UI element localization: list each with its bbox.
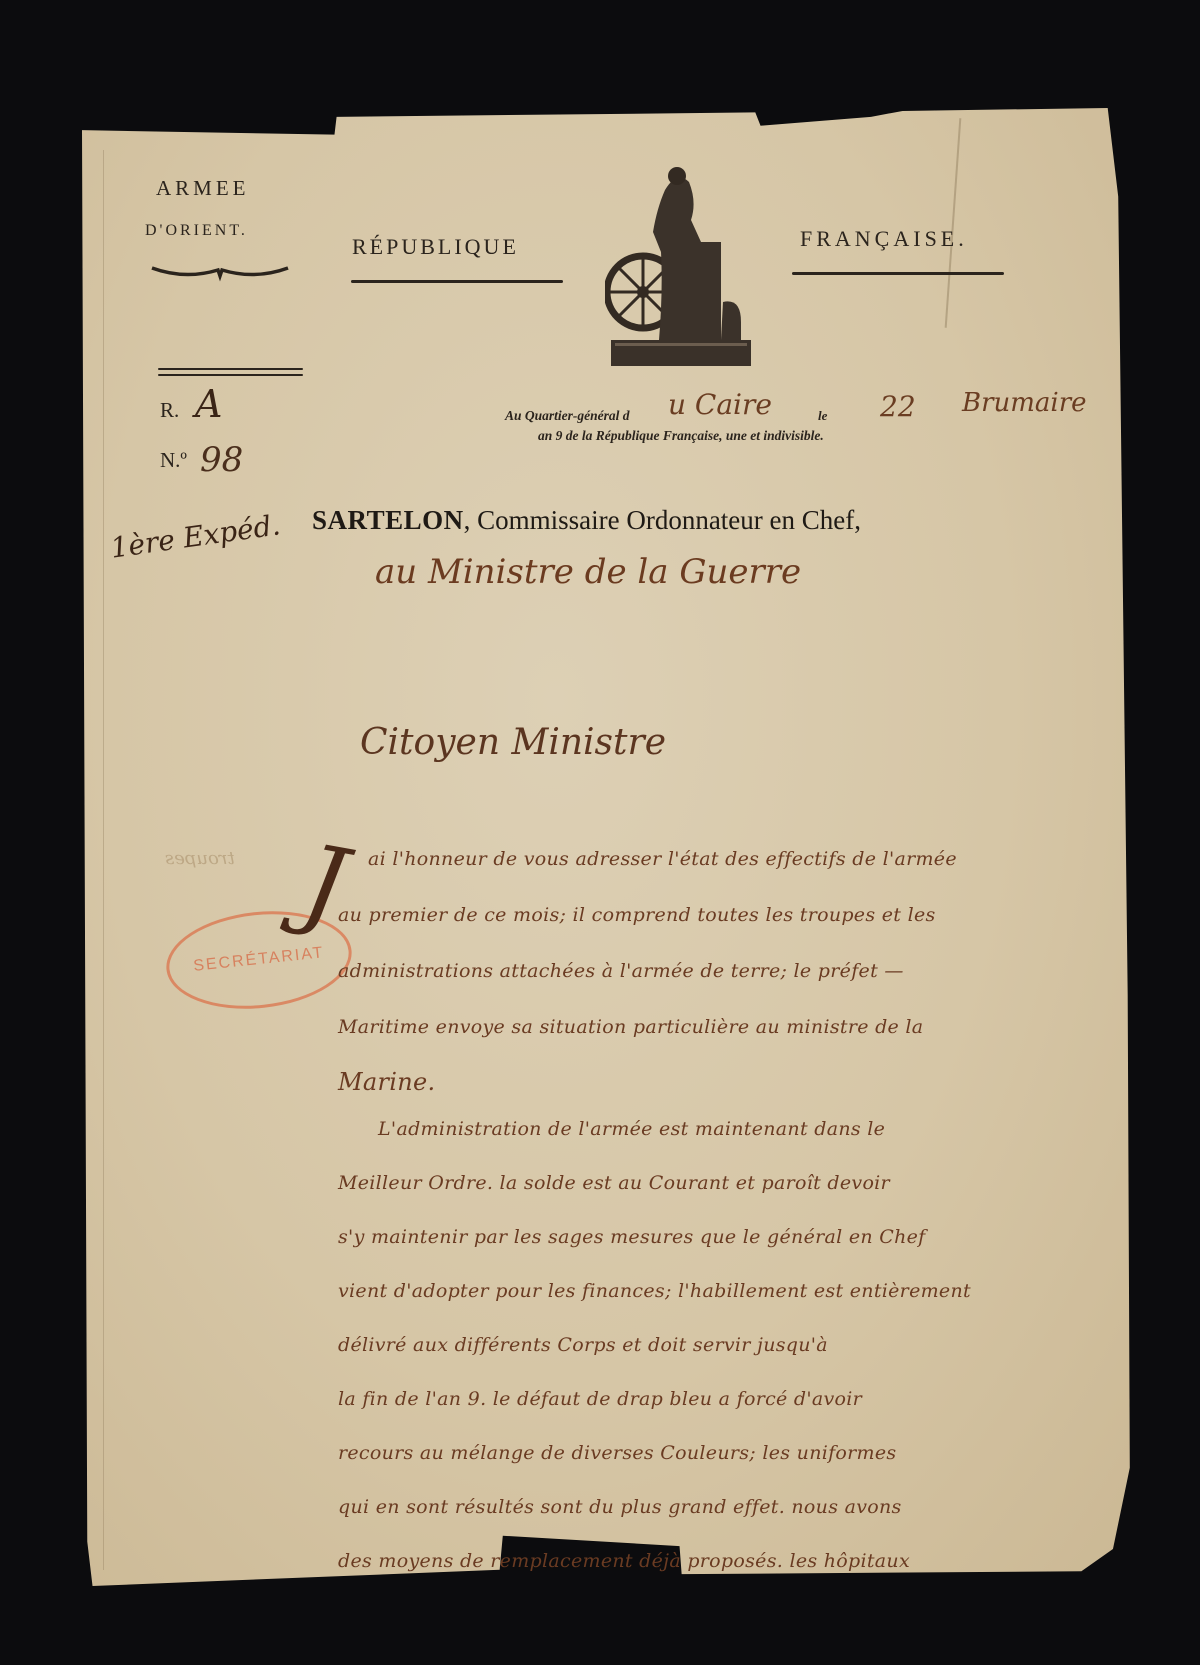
body-line: ai l'honneur de vous adresser l'état des… <box>368 848 957 870</box>
republique-underline <box>351 280 563 283</box>
dateline-le: le <box>818 408 827 424</box>
sender-line: SARTELON, Commissaire Ordonnateur en Che… <box>312 505 861 536</box>
dateline-prefix: Au Quartier-général d <box>505 408 630 424</box>
liberty-emblem-icon <box>605 162 755 372</box>
body-line: recours au mélange de diverses Couleurs;… <box>338 1442 896 1464</box>
body-line: la fin de l'an 9. le défaut de drap bleu… <box>338 1388 862 1410</box>
body-line: au premier de ce mois; il comprend toute… <box>338 904 936 926</box>
margin-fold-line <box>103 150 104 1570</box>
salutation: Citoyen Ministre <box>360 722 666 763</box>
army-subheading: D'ORIENT. <box>145 222 248 240</box>
dateline-day: 22 <box>880 390 916 423</box>
stamp-text: SECRÉTARIAT <box>193 944 326 976</box>
body-line: délivré aux différents Corps et doit ser… <box>338 1334 828 1356</box>
register-label: R. <box>160 398 179 423</box>
reference-rule-top <box>158 368 303 370</box>
body-line: Maritime envoye sa situation particulièr… <box>338 1016 923 1038</box>
bleed-through-text: troupes <box>165 848 235 869</box>
francaise-underline <box>792 272 1004 275</box>
brace-ornament-icon <box>150 262 290 284</box>
republique-heading: RÉPUBLIQUE <box>352 234 519 260</box>
army-heading: ARMEE <box>156 176 250 201</box>
body-line: L'administration de l'armée est maintena… <box>378 1118 885 1140</box>
body-line: des moyens de remplacement déjà proposés… <box>338 1550 910 1572</box>
number-label: N.º <box>160 448 187 473</box>
dateline-place: u Caire <box>668 388 772 421</box>
body-line: s'y maintenir par les sages mesures que … <box>338 1226 926 1248</box>
dateline-month: Brumaire <box>962 388 1087 418</box>
francaise-heading: FRANÇAISE. <box>800 226 968 252</box>
register-value: A <box>195 382 222 426</box>
sender-title: , Commissaire Ordonnateur en Chef, <box>464 505 861 535</box>
dateline-year: an 9 de la République Française, une et … <box>538 428 824 444</box>
body-line: Meilleur Ordre. la solde est au Courant … <box>338 1172 890 1194</box>
recipient-line: au Ministre de la Guerre <box>375 552 801 592</box>
body-line: administrations attachées à l'armée de t… <box>338 960 904 982</box>
body-line: qui en sont résultés sont du plus grand … <box>338 1496 902 1518</box>
body-line: Marine. <box>338 1068 435 1096</box>
body-line: vient d'adopter pour les finances; l'hab… <box>338 1280 971 1302</box>
number-value: 98 <box>200 440 243 480</box>
sender-name: SARTELON <box>312 505 464 535</box>
reference-rule-bottom <box>158 374 303 376</box>
